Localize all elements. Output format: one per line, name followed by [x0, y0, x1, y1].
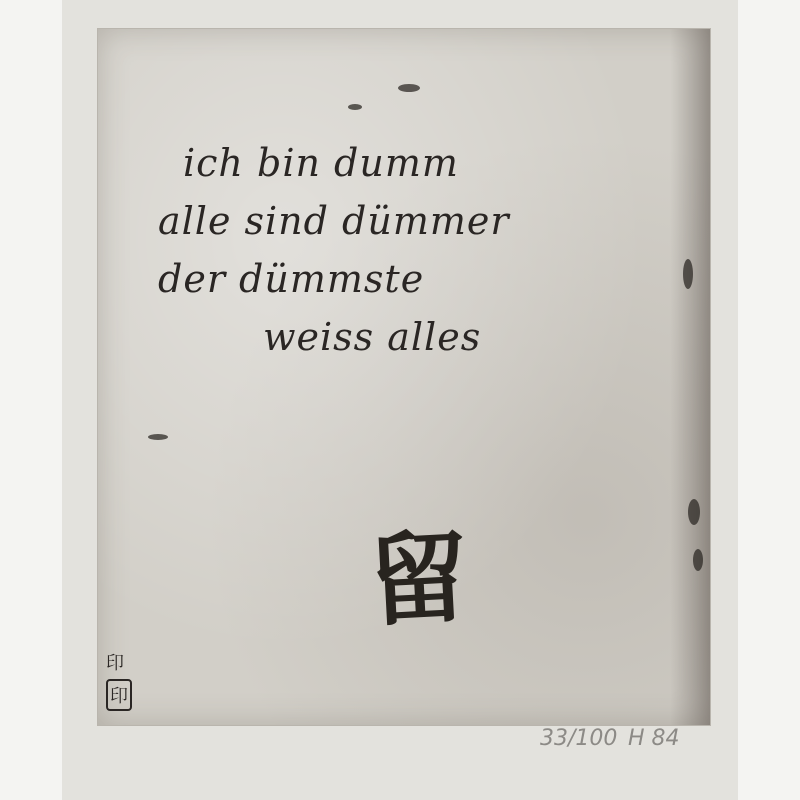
ink-speck — [148, 434, 168, 440]
poem-line: weiss alles — [263, 308, 510, 366]
wall-left — [0, 0, 62, 800]
ink-speck — [398, 84, 420, 92]
poem-line: ich bin dumm — [183, 134, 510, 192]
ink-speck — [348, 104, 362, 110]
plate-edge-shading — [670, 29, 710, 725]
ink-speck — [683, 259, 693, 289]
artist-seal-icon: 印 — [106, 679, 132, 711]
calligraphy-glyph: 留 — [364, 496, 471, 645]
poem-line: der dümmste — [158, 250, 510, 308]
artist-signature: H 84 — [628, 726, 680, 751]
wall-right — [738, 0, 800, 800]
ink-speck — [693, 549, 703, 571]
handwritten-poem: ich bin dumm alle sind dümmer der dümmst… — [158, 134, 510, 366]
edition-number: 33/100 — [540, 726, 617, 751]
poem-line: alle sind dümmer — [158, 192, 510, 250]
artist-seal-icon: 印 — [106, 649, 124, 675]
etching-plate: ich bin dumm alle sind dümmer der dümmst… — [97, 28, 711, 726]
ink-speck — [688, 499, 700, 525]
